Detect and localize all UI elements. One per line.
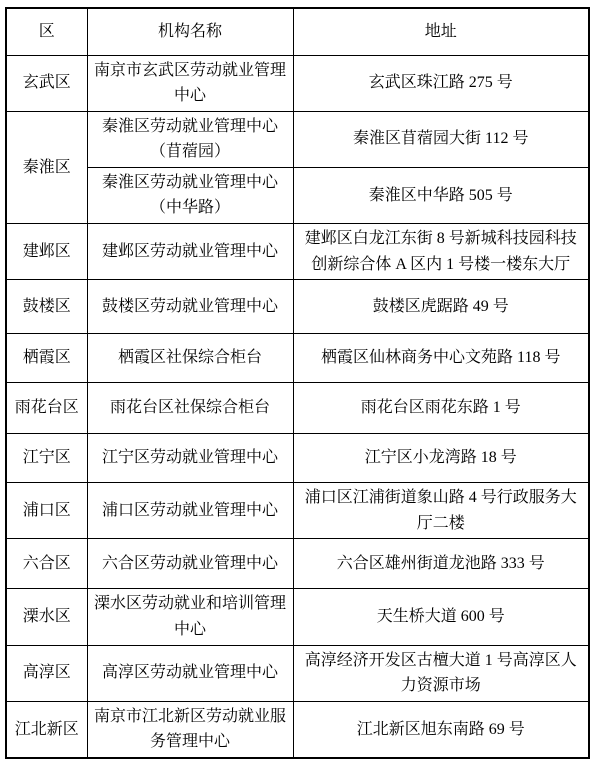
org-name-cell: 建邺区劳动就业管理中心 bbox=[87, 224, 293, 280]
address-cell: 天生桥大道 600 号 bbox=[293, 589, 589, 645]
table-row: 鼓楼区 鼓楼区劳动就业管理中心 鼓楼区虎踞路 49 号 bbox=[6, 280, 589, 334]
district-cell: 六合区 bbox=[6, 539, 87, 589]
address-cell: 栖霞区仙林商务中心文苑路 118 号 bbox=[293, 334, 589, 383]
org-name-cell: 溧水区劳动就业和培训管理 中心 bbox=[87, 589, 293, 645]
column-header-org: 机构名称 bbox=[87, 8, 293, 55]
table-row: 浦口区 浦口区劳动就业管理中心 浦口区江浦街道象山路 4 号行政服务大 厅二楼 bbox=[6, 483, 589, 539]
address-cell: 六合区雄州街道龙池路 333 号 bbox=[293, 539, 589, 589]
org-name-cell: 六合区劳动就业管理中心 bbox=[87, 539, 293, 589]
table-row: 雨花台区 雨花台区社保综合柜台 雨花台区雨花东路 1 号 bbox=[6, 383, 589, 434]
address-cell: 浦口区江浦街道象山路 4 号行政服务大 厅二楼 bbox=[293, 483, 589, 539]
address-cell: 江宁区小龙湾路 18 号 bbox=[293, 434, 589, 483]
table-row: 江宁区 江宁区劳动就业管理中心 江宁区小龙湾路 18 号 bbox=[6, 434, 589, 483]
district-cell: 雨花台区 bbox=[6, 383, 87, 434]
district-cell: 浦口区 bbox=[6, 483, 87, 539]
org-name-cell: 高淳区劳动就业管理中心 bbox=[87, 645, 293, 701]
district-cell: 溧水区 bbox=[6, 589, 87, 645]
page: 区 机构名称 地址 玄武区 南京市玄武区劳动就业管理 中心 玄武区珠江路 275… bbox=[0, 0, 593, 766]
org-name-cell: 南京市江北新区劳动就业服 务管理中心 bbox=[87, 701, 293, 758]
address-cell: 江北新区旭东南路 69 号 bbox=[293, 701, 589, 758]
org-name-cell: 南京市玄武区劳动就业管理 中心 bbox=[87, 55, 293, 111]
table-row: 秦淮区劳动就业管理中心 （中华路） 秦淮区中华路 505 号 bbox=[6, 167, 589, 223]
offices-table: 区 机构名称 地址 玄武区 南京市玄武区劳动就业管理 中心 玄武区珠江路 275… bbox=[5, 7, 590, 759]
address-cell: 秦淮区中华路 505 号 bbox=[293, 167, 589, 223]
column-header-address: 地址 bbox=[293, 8, 589, 55]
table-row: 玄武区 南京市玄武区劳动就业管理 中心 玄武区珠江路 275 号 bbox=[6, 55, 589, 111]
table-row: 溧水区 溧水区劳动就业和培训管理 中心 天生桥大道 600 号 bbox=[6, 589, 589, 645]
address-cell: 鼓楼区虎踞路 49 号 bbox=[293, 280, 589, 334]
header-row: 区 机构名称 地址 bbox=[6, 8, 589, 55]
address-cell: 雨花台区雨花东路 1 号 bbox=[293, 383, 589, 434]
table-row: 六合区 六合区劳动就业管理中心 六合区雄州街道龙池路 333 号 bbox=[6, 539, 589, 589]
org-name-cell: 栖霞区社保综合柜台 bbox=[87, 334, 293, 383]
address-cell: 高淳经济开发区古檀大道 1 号高淳区人 力资源市场 bbox=[293, 645, 589, 701]
table-row: 建邺区 建邺区劳动就业管理中心 建邺区白龙江东街 8 号新城科技园科技 创新综合… bbox=[6, 224, 589, 280]
org-name-cell: 秦淮区劳动就业管理中心 （中华路） bbox=[87, 167, 293, 223]
address-cell: 建邺区白龙江东街 8 号新城科技园科技 创新综合体 A 区内 1 号楼一楼东大厅 bbox=[293, 224, 589, 280]
org-name-cell: 鼓楼区劳动就业管理中心 bbox=[87, 280, 293, 334]
district-cell: 江北新区 bbox=[6, 701, 87, 758]
table-row: 江北新区 南京市江北新区劳动就业服 务管理中心 江北新区旭东南路 69 号 bbox=[6, 701, 589, 758]
column-header-district: 区 bbox=[6, 8, 87, 55]
district-cell: 鼓楼区 bbox=[6, 280, 87, 334]
org-name-cell: 秦淮区劳动就业管理中心 （苜蓿园） bbox=[87, 111, 293, 167]
district-cell: 建邺区 bbox=[6, 224, 87, 280]
table-row: 栖霞区 栖霞区社保综合柜台 栖霞区仙林商务中心文苑路 118 号 bbox=[6, 334, 589, 383]
address-cell: 玄武区珠江路 275 号 bbox=[293, 55, 589, 111]
address-cell: 秦淮区苜蓿园大街 112 号 bbox=[293, 111, 589, 167]
table-row: 高淳区 高淳区劳动就业管理中心 高淳经济开发区古檀大道 1 号高淳区人 力资源市… bbox=[6, 645, 589, 701]
district-cell: 玄武区 bbox=[6, 55, 87, 111]
district-cell: 秦淮区 bbox=[6, 111, 87, 223]
org-name-cell: 江宁区劳动就业管理中心 bbox=[87, 434, 293, 483]
org-name-cell: 雨花台区社保综合柜台 bbox=[87, 383, 293, 434]
district-cell: 江宁区 bbox=[6, 434, 87, 483]
district-cell: 高淳区 bbox=[6, 645, 87, 701]
district-cell: 栖霞区 bbox=[6, 334, 87, 383]
org-name-cell: 浦口区劳动就业管理中心 bbox=[87, 483, 293, 539]
table-row: 秦淮区 秦淮区劳动就业管理中心 （苜蓿园） 秦淮区苜蓿园大街 112 号 bbox=[6, 111, 589, 167]
